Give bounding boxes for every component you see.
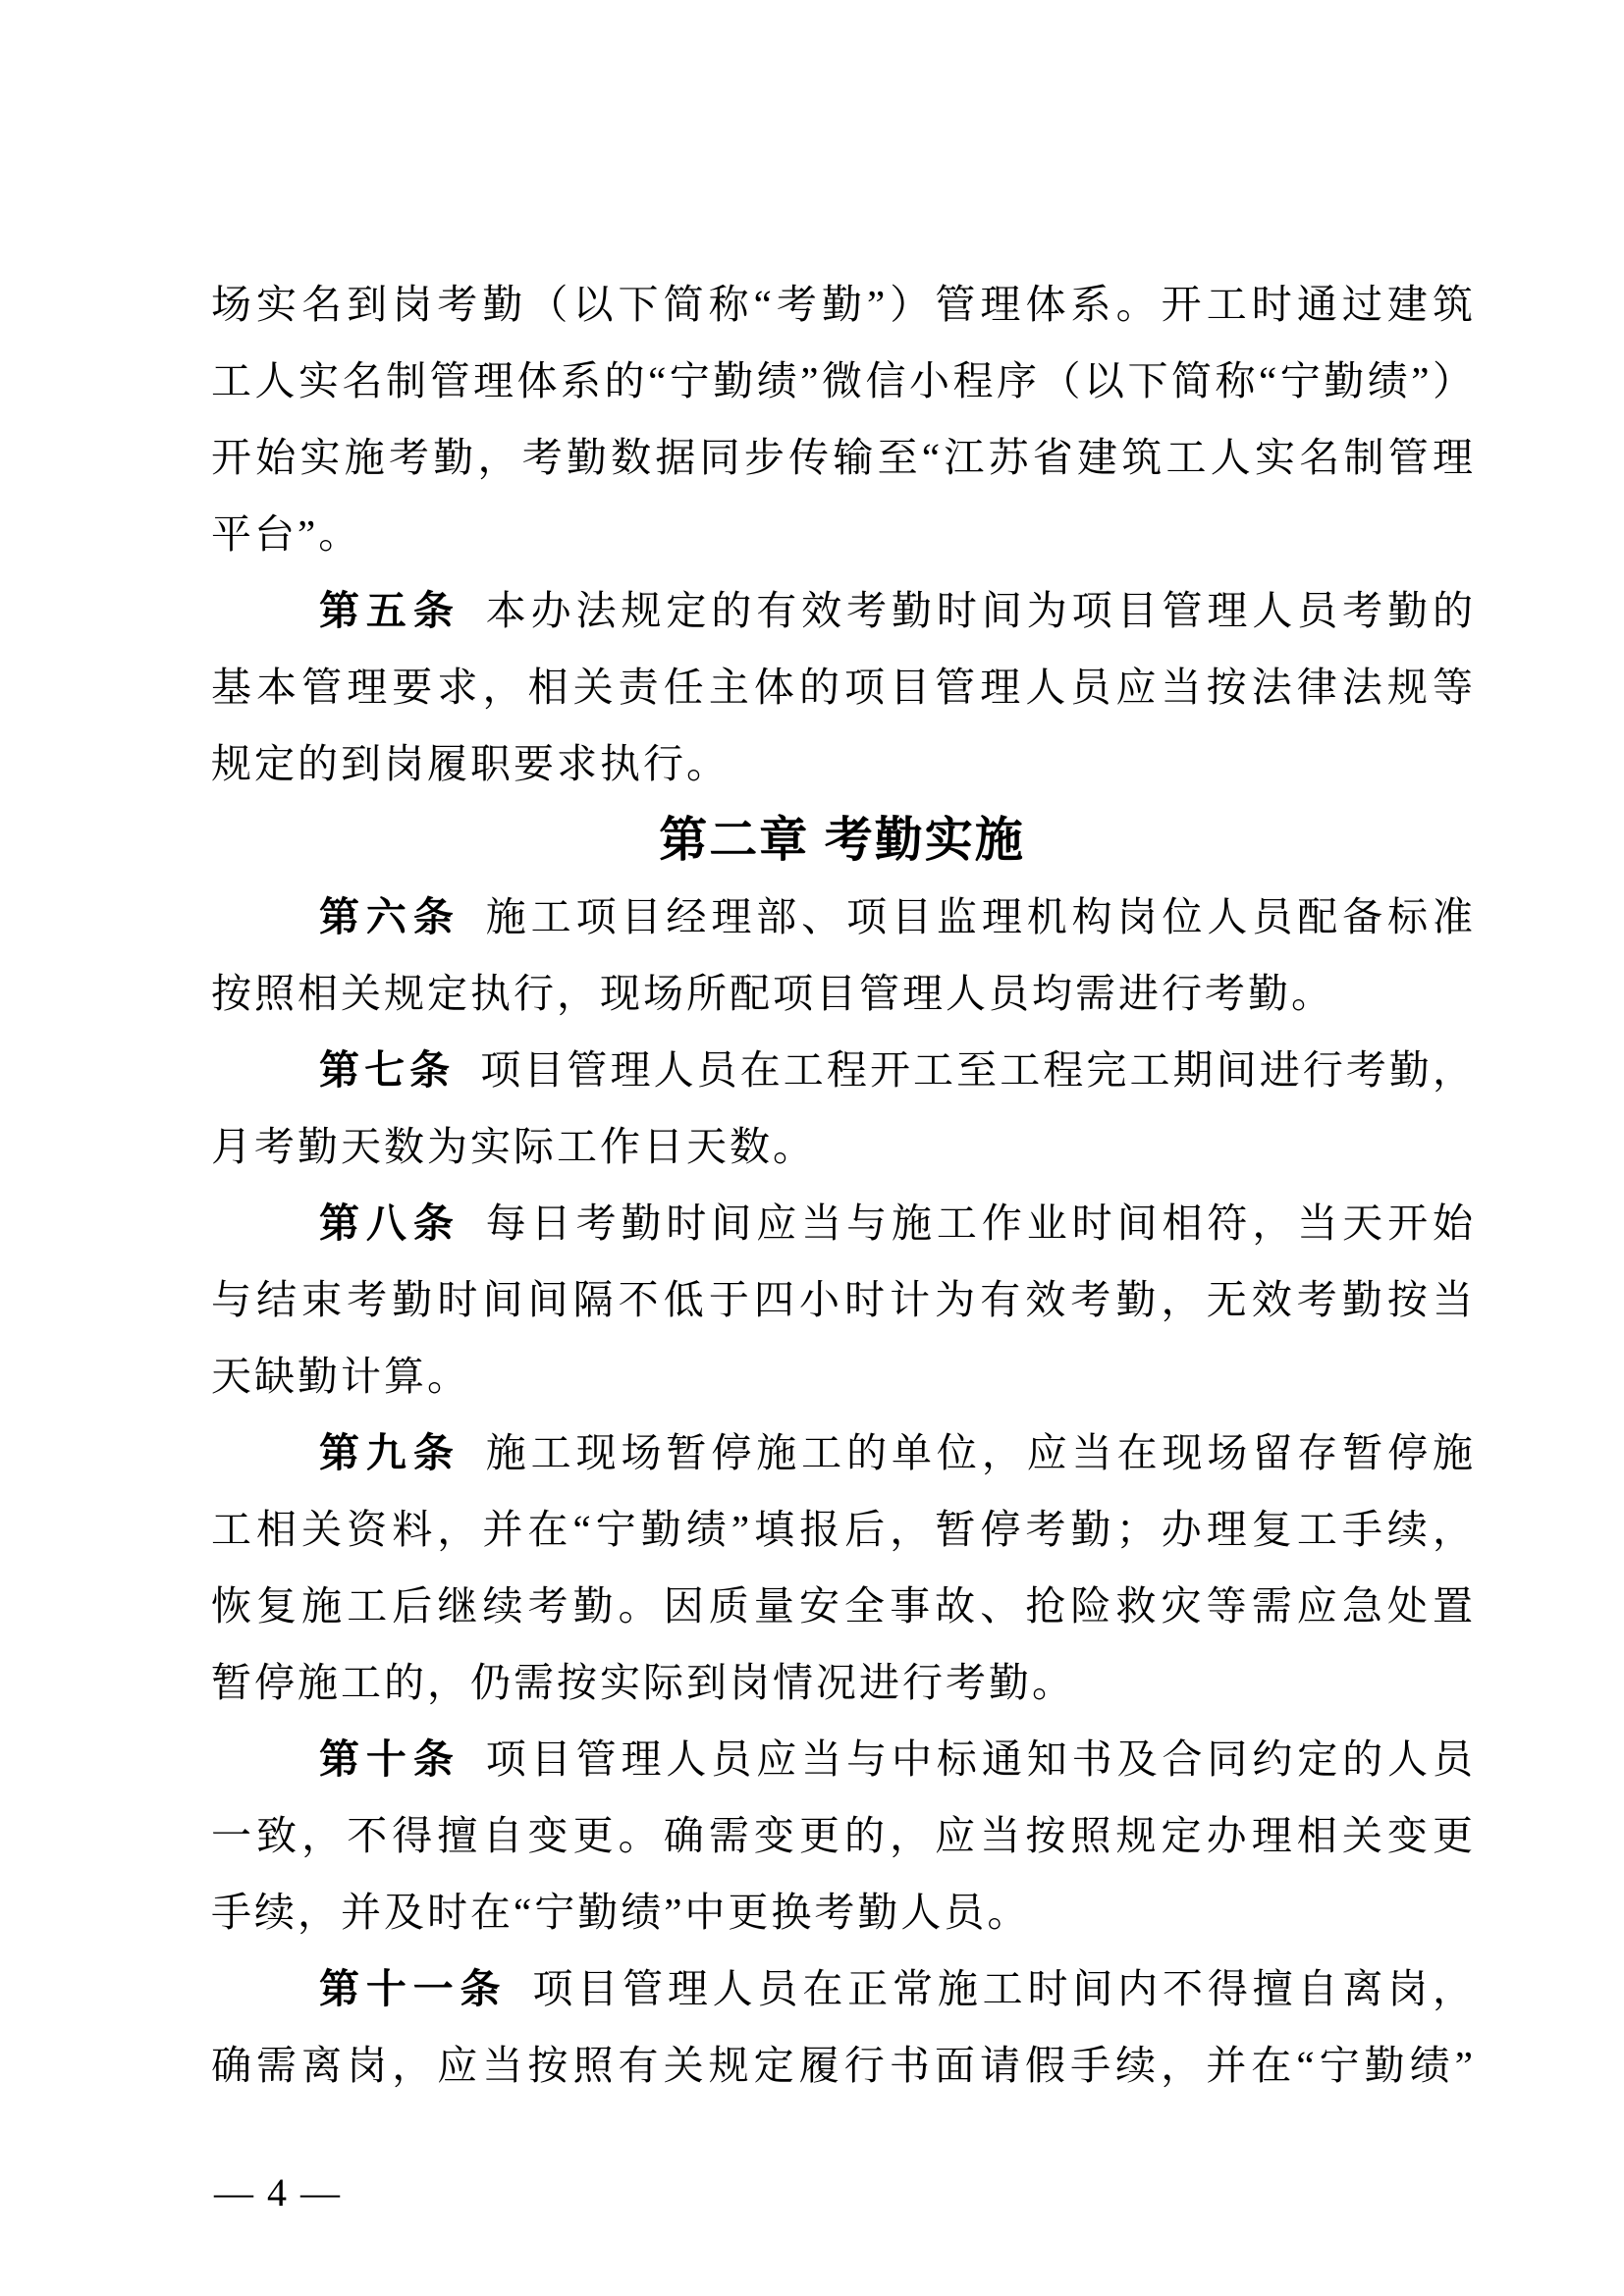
line-text: 施工项目经理部、项目监理机构岗位人员配备标准 — [486, 894, 1473, 939]
line-text: 项目管理人员应当与中标通知书及合同约定的人员 — [486, 1736, 1473, 1782]
article-line: 第五条本办法规定的有效考勤时间为项目管理人员考勤的 — [211, 572, 1473, 649]
body-line: 天缺勤计算。 — [211, 1338, 1473, 1415]
line-text: 项目管理人员在正常施工时间内不得擅自离岗， — [532, 1966, 1473, 2011]
body-line: 按照相关规定执行，现场所配项目管理人员均需进行考勤。 — [211, 955, 1473, 1032]
body-line: 开始实施考勤，考勤数据同步传输至“江苏省建筑工人实名制管理 — [211, 419, 1473, 496]
chapter-heading: 第二章 考勤实施 — [211, 802, 1473, 879]
line-text: 每日考勤时间应当与施工作业时间相符，当天开始 — [486, 1201, 1473, 1246]
article-line: 第十条项目管理人员应当与中标通知书及合同约定的人员 — [211, 1721, 1473, 1797]
article-line: 第六条施工项目经理部、项目监理机构岗位人员配备标准 — [211, 879, 1473, 955]
body-line: 工人实名制管理体系的“宁勤绩”微信小程序（以下简称“宁勤绩”） — [211, 343, 1473, 419]
document-page: 场实名到岗考勤（以下简称“考勤”）管理体系。开工时通过建筑 工人实名制管理体系的… — [0, 0, 1624, 2296]
body-line: 与结束考勤时间间隔不低于四小时计为有效考勤，无效考勤按当 — [211, 1261, 1473, 1338]
article-number: 第十一条 — [319, 1966, 507, 2011]
body-line: 规定的到岗履职要求执行。 — [211, 725, 1473, 802]
body-line: 确需离岗，应当按照有关规定履行书面请假手续，并在“宁勤绩” — [211, 2027, 1473, 2104]
line-text: 项目管理人员在工程开工至工程完工期间进行考勤， — [480, 1047, 1473, 1093]
article-line: 第七条项目管理人员在工程开工至工程完工期间进行考勤， — [211, 1032, 1473, 1108]
body-line: 一致，不得擅自变更。确需变更的，应当按照规定办理相关变更 — [211, 1797, 1473, 1874]
body-line: 基本管理要求，相关责任主体的项目管理人员应当按法律法规等 — [211, 649, 1473, 725]
article-number: 第九条 — [319, 1430, 460, 1475]
article-line: 第十一条项目管理人员在正常施工时间内不得擅自离岗， — [211, 1950, 1473, 2027]
body-line: 场实名到岗考勤（以下简称“考勤”）管理体系。开工时通过建筑 — [211, 266, 1473, 343]
body-line: 月考勤天数为实际工作日天数。 — [211, 1108, 1473, 1185]
line-text: 施工现场暂停施工的单位，应当在现场留存暂停施 — [486, 1430, 1473, 1475]
body-line: 恢复施工后继续考勤。因质量安全事故、抢险救灾等需应急处置 — [211, 1568, 1473, 1644]
article-line: 第八条每日考勤时间应当与施工作业时间相符，当天开始 — [211, 1185, 1473, 1261]
article-number: 第十条 — [319, 1736, 460, 1782]
article-number: 第八条 — [319, 1201, 460, 1246]
article-number: 第七条 — [319, 1047, 455, 1093]
text-block: 场实名到岗考勤（以下简称“考勤”）管理体系。开工时通过建筑 工人实名制管理体系的… — [211, 266, 1473, 2104]
body-line: 暂停施工的，仍需按实际到岗情况进行考勤。 — [211, 1644, 1473, 1721]
body-line: 平台”。 — [211, 496, 1473, 572]
page-number: — 4 — — [214, 2171, 342, 2215]
body-line: 工相关资料，并在“宁勤绩”填报后，暂停考勤；办理复工手续， — [211, 1491, 1473, 1568]
article-number: 第六条 — [319, 894, 460, 939]
line-text: 本办法规定的有效考勤时间为项目管理人员考勤的 — [486, 588, 1473, 633]
article-number: 第五条 — [319, 588, 460, 633]
body-line: 手续，并及时在“宁勤绩”中更换考勤人员。 — [211, 1874, 1473, 1950]
article-line: 第九条施工现场暂停施工的单位，应当在现场留存暂停施 — [211, 1415, 1473, 1491]
